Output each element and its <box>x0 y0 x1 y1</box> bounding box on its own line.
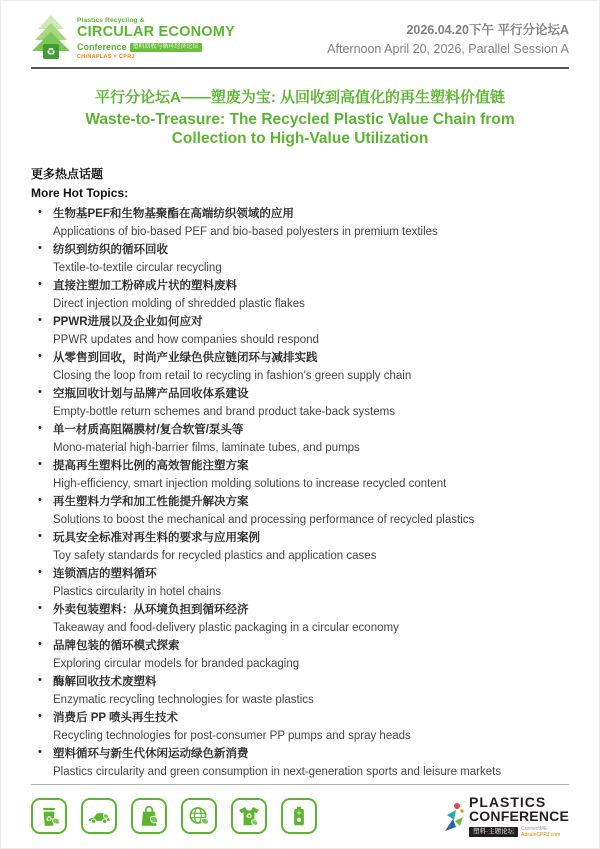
topics-list: • 生物基PEF和生物基聚酯在高端纺织领域的应用 Applications of… <box>31 205 569 781</box>
pc-cn-badge: 塑料·主题论坛 <box>469 827 518 837</box>
header: ♻ Plastics Recycling & CIRCULAR ECONOMY … <box>31 14 569 61</box>
recycle-bin-icon: ♻ <box>31 798 67 834</box>
pc-small-text: ConnectME AdsaleCPRJ.com <box>521 826 560 838</box>
topic-zh: 品牌包装的循环模式探索 <box>53 637 569 655</box>
topic-item: • 直接注塑加工粉碎成片状的塑料废料 Direct injection mold… <box>31 277 569 313</box>
topics-heading-zh: 更多热点话题 <box>31 165 569 182</box>
bullet-dot: • <box>38 674 42 686</box>
topic-item: • 提高再生塑料比例的高效智能注塑方案 High-efficiency, sma… <box>31 457 569 493</box>
topic-zh: 连锁酒店的塑料循环 <box>53 565 569 583</box>
topic-zh: 塑料循环与新生代休闲运动绿色新消费 <box>53 745 569 763</box>
bullet-dot: • <box>38 638 42 650</box>
topic-en: Plastics circularity in hotel chains <box>53 583 569 601</box>
logo-organizers: CHINAPLAS × CPRJ <box>77 54 235 60</box>
topic-zh: 空瓶回收计划与品牌产品回收体系建设 <box>53 385 569 403</box>
topic-item: • 从零售到回收，时尚产业绿色供应链闭环与减排实践 Closing the lo… <box>31 349 569 385</box>
bullet-dot: • <box>38 422 42 434</box>
bullet-dot: • <box>38 386 42 398</box>
header-divider <box>31 67 569 69</box>
bullet-dot: • <box>38 350 42 362</box>
title-zh: 平行分论坛A——塑废为宝: 从回收到高值化的再生塑料价值链 <box>31 86 569 107</box>
topic-zh: 提高再生塑料比例的高效智能注塑方案 <box>53 457 569 475</box>
topic-zh: 消费后 PP 喷头再生技术 <box>53 709 569 727</box>
topics-heading-en: More Hot Topics: <box>31 186 569 200</box>
topic-en: Applications of bio-based PEF and bio-ba… <box>53 223 569 241</box>
topic-item: • 纺织到纺织的循环回收 Textile-to-textile circular… <box>31 241 569 277</box>
topic-en: High-efficiency, smart injection molding… <box>53 475 569 493</box>
battery-icon: + <box>281 798 317 834</box>
topic-item: • 塑料循环与新生代休闲运动绿色新消费 Plastics circularity… <box>31 745 569 781</box>
topic-zh: 外卖包装塑料：从环境负担到循环经济 <box>53 601 569 619</box>
footer: ♻ <box>31 784 569 838</box>
logo-tagline: Plastics Recycling & <box>77 17 235 24</box>
pc-line1: PLASTICS <box>469 795 569 810</box>
topic-item: • PPWR进展以及企业如何应对 PPWR updates and how co… <box>31 313 569 349</box>
topic-item: • 酶解回收技术废塑料 Enzymatic recycling technolo… <box>31 673 569 709</box>
topic-en: Exploring circular models for branded pa… <box>53 655 569 673</box>
topic-item: • 连锁酒店的塑料循环 Plastics circularity in hote… <box>31 565 569 601</box>
bullet-dot: • <box>38 242 42 254</box>
topic-en: Closing the loop from retail to recyclin… <box>53 367 569 385</box>
topic-en: Solutions to boost the mechanical and pr… <box>53 511 569 529</box>
conference-program-page: ♻ Plastics Recycling & CIRCULAR ECONOMY … <box>0 0 600 849</box>
topic-item: • 生物基PEF和生物基聚酯在高端纺织领域的应用 Applications of… <box>31 205 569 241</box>
shopping-bag-icon <box>131 798 167 834</box>
topic-item: • 外卖包装塑料：从环境负担到循环经济 Takeaway and food-de… <box>31 601 569 637</box>
pc-line2: CONFERENCE <box>469 809 569 824</box>
bullet-dot: • <box>38 746 42 758</box>
footer-row: ♻ <box>31 795 569 838</box>
pc-sub-row: 塑料·主题论坛 ConnectME AdsaleCPRJ.com <box>469 826 569 838</box>
bullet-dot: • <box>38 602 42 614</box>
bullet-dot: • <box>38 566 42 578</box>
topic-en: PPWR updates and how companies should re… <box>53 331 569 349</box>
footer-divider <box>31 784 569 785</box>
plastics-conference-logo: PLASTICS CONFERENCE 塑料·主题论坛 ConnectME Ad… <box>443 795 569 838</box>
topic-item: • 空瓶回收计划与品牌产品回收体系建设 Empty-bottle return … <box>31 385 569 421</box>
tree-recycle-icon: ♻ <box>31 14 71 60</box>
session-date-zh: 2026.04.20下午 平行分论坛A <box>327 20 569 38</box>
topic-en: Toy safety standards for recycled plasti… <box>53 547 569 565</box>
topic-en: Recycling technologies for post-consumer… <box>53 727 569 745</box>
tshirt-icon: ♻ <box>231 798 267 834</box>
svg-text:♻: ♻ <box>246 812 253 821</box>
svg-text:+: + <box>296 808 302 817</box>
pc-adsale: AdsaleCPRJ.com <box>521 832 560 838</box>
page-title: 平行分论坛A——塑废为宝: 从回收到高值化的再生塑料价值链 Waste-to-T… <box>31 86 569 149</box>
topic-item: • 消费后 PP 喷头再生技术 Recycling technologies f… <box>31 709 569 745</box>
topic-item: • 单一材质高阻隔膜材/复合软管/泵头等 Mono-material high-… <box>31 421 569 457</box>
bullet-dot: • <box>38 206 42 218</box>
bullet-dot: • <box>38 530 42 542</box>
topic-zh: 酶解回收技术废塑料 <box>53 673 569 691</box>
topic-zh: PPWR进展以及企业如何应对 <box>53 313 569 331</box>
logo-title: CIRCULAR ECONOMY <box>77 24 235 41</box>
topic-en: Textile-to-textile circular recycling <box>53 259 569 277</box>
topic-item: • 玩具安全标准对再生料的要求与应用案例 Toy safety standard… <box>31 529 569 565</box>
pc-text: PLASTICS CONFERENCE 塑料·主题论坛 ConnectME Ad… <box>469 795 569 838</box>
topic-zh: 直接注塑加工粉碎成片状的塑料废料 <box>53 277 569 295</box>
topic-en: Mono-material high-barrier films, lamina… <box>53 439 569 457</box>
topic-en: Plastics circularity and green consumpti… <box>53 763 569 781</box>
topic-zh: 再生塑料力学和加工性能提升解决方案 <box>53 493 569 511</box>
topic-zh: 玩具安全标准对再生料的要求与应用案例 <box>53 529 569 547</box>
svg-text:♻: ♻ <box>47 47 56 58</box>
topic-item: • 再生塑料力学和加工性能提升解决方案 Solutions to boost t… <box>31 493 569 529</box>
topic-en: Empty-bottle return schemes and brand pr… <box>53 403 569 421</box>
bullet-dot: • <box>38 494 42 506</box>
circular-economy-logo: ♻ Plastics Recycling & CIRCULAR ECONOMY … <box>31 14 235 61</box>
topic-zh: 单一材质高阻隔膜材/复合软管/泵头等 <box>53 421 569 439</box>
topics-heading: 更多热点话题 More Hot Topics: <box>31 165 569 200</box>
bullet-dot: • <box>38 314 42 326</box>
globe-icon <box>181 798 217 834</box>
session-date-en: Afternoon April 20, 2026, Parallel Sessi… <box>327 42 569 56</box>
bullet-dot: • <box>38 278 42 290</box>
topic-en: Takeaway and food-delivery plastic packa… <box>53 619 569 637</box>
runner-figure-icon <box>443 801 465 837</box>
logo-conference-row: Conference 塑料回收与循环经济论坛 <box>77 42 235 52</box>
topic-zh: 生物基PEF和生物基聚酯在高端纺织领域的应用 <box>53 205 569 223</box>
logo-cn-badge: 塑料回收与循环经济论坛 <box>130 43 202 52</box>
topic-en: Direct injection molding of shredded pla… <box>53 295 569 313</box>
title-en: Waste-to-Treasure: The Recycled Plastic … <box>60 110 540 149</box>
session-info: 2026.04.20下午 平行分论坛A Afternoon April 20, … <box>327 14 569 56</box>
logo-conference-label: Conference <box>77 42 127 52</box>
topic-en: Enzymatic recycling technologies for was… <box>53 691 569 709</box>
eco-icon-strip: ♻ <box>31 798 317 834</box>
bullet-dot: • <box>38 458 42 470</box>
logo-text: Plastics Recycling & CIRCULAR ECONOMY Co… <box>77 14 235 61</box>
bullet-dot: • <box>38 710 42 722</box>
svg-text:♻: ♻ <box>46 815 53 824</box>
topic-zh: 纺织到纺织的循环回收 <box>53 241 569 259</box>
car-icon <box>81 798 117 834</box>
topic-item: • 品牌包装的循环模式探索 Exploring circular models … <box>31 637 569 673</box>
topic-zh: 从零售到回收，时尚产业绿色供应链闭环与减排实践 <box>53 349 569 367</box>
